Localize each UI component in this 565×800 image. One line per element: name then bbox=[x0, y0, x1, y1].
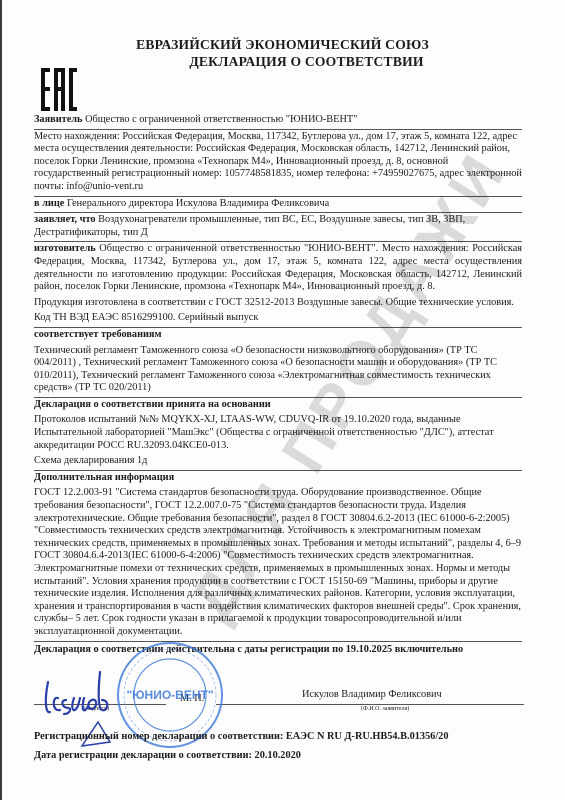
validity-text: Декларация о соответствии действительна … bbox=[34, 644, 522, 657]
scheme-row: Схема декларирования 1д bbox=[34, 454, 522, 471]
location-text: Место нахождения: Российская Федерация, … bbox=[34, 131, 522, 192]
manufacturer-label: изготовитель bbox=[34, 243, 96, 254]
title-union: ЕВРАЗИЙСКИЙ ЭКОНОМИЧЕСКИЙ СОЮЗ bbox=[0, 36, 565, 53]
standard-row: Продукция изготовлена в соответствии с Г… bbox=[34, 296, 522, 312]
additional-label: Дополнительная информация bbox=[34, 471, 522, 487]
manufacturer-row: изготовитель Общество с ограниченной отв… bbox=[34, 242, 522, 295]
manufacturer-value: Общество с ограниченной ответственностью… bbox=[34, 243, 522, 292]
name-line bbox=[216, 704, 524, 705]
registration-number: Регистрационный номер декларации о соотв… bbox=[34, 727, 448, 746]
eac-logo-icon bbox=[41, 68, 77, 111]
conforms-row: Технический регламент Таможенного союза … bbox=[34, 344, 522, 398]
represented-value: Генерального директора Искулова Владимир… bbox=[67, 198, 329, 209]
declares-label: заявляет, что bbox=[34, 214, 96, 225]
name-caption: (Ф.И.О. заявителя) bbox=[361, 706, 409, 712]
registration-date: Дата регистрации декларации о соответств… bbox=[34, 746, 448, 765]
declaration-body: Заявитель Общество с ограниченной ответс… bbox=[34, 113, 522, 656]
document-title: ЕВРАЗИЙСКИЙ ЭКОНОМИЧЕСКИЙ СОЮЗ ДЕКЛАРАЦИ… bbox=[0, 36, 565, 70]
standard-text: Продукция изготовлена в соответствии с Г… bbox=[34, 297, 514, 308]
additional-row: ГОСТ 12.2.003-91 "Система стандартов без… bbox=[34, 486, 522, 641]
applicant-label: Заявитель bbox=[34, 114, 83, 125]
basis-label: Декларация о соответствии принята на осн… bbox=[34, 398, 522, 414]
conforms-value: Технический регламент Таможенного союза … bbox=[34, 345, 497, 394]
scheme-text: Схема декларирования 1д bbox=[34, 455, 147, 466]
code-row: Код ТН ВЭД ЕАЭС 8516299100. Серийный вып… bbox=[34, 311, 522, 328]
signatory-name: Искулов Владимир Феликсович bbox=[302, 689, 442, 700]
additional-value: ГОСТ 12.2.003-91 "Система стандартов без… bbox=[34, 487, 521, 637]
registration-block: Регистрационный номер декларации о соотв… bbox=[34, 727, 448, 765]
basis-value: Протоколов испытаний №№ MQYKX-XJ, LTAAS-… bbox=[34, 414, 494, 450]
represented-row: в лице Генерального директора Искулова В… bbox=[34, 197, 522, 214]
applicant-value: Общество с ограниченной ответственностью… bbox=[85, 114, 357, 125]
represented-label: в лице bbox=[34, 198, 64, 209]
conforms-label: соответствует требованиям bbox=[34, 328, 522, 344]
basis-row: Протоколов испытаний №№ MQYKX-XJ, LTAAS-… bbox=[34, 413, 522, 454]
title-declaration: ДЕКЛАРАЦИЯ О СООТВЕТСТВИИ bbox=[0, 53, 565, 70]
page-edge bbox=[0, 0, 2, 800]
declares-value: Воздухонагреватели промышленные, тип ВС,… bbox=[34, 214, 465, 238]
code-text: Код ТН ВЭД ЕАЭС 8516299100. Серийный вып… bbox=[34, 312, 258, 323]
applicant-row: Заявитель Общество с ограниченной ответс… bbox=[34, 113, 522, 130]
location-row: Место нахождения: Российская Федерация, … bbox=[34, 130, 522, 197]
declares-row: заявляет, что Воздухонагреватели промышл… bbox=[34, 213, 522, 242]
